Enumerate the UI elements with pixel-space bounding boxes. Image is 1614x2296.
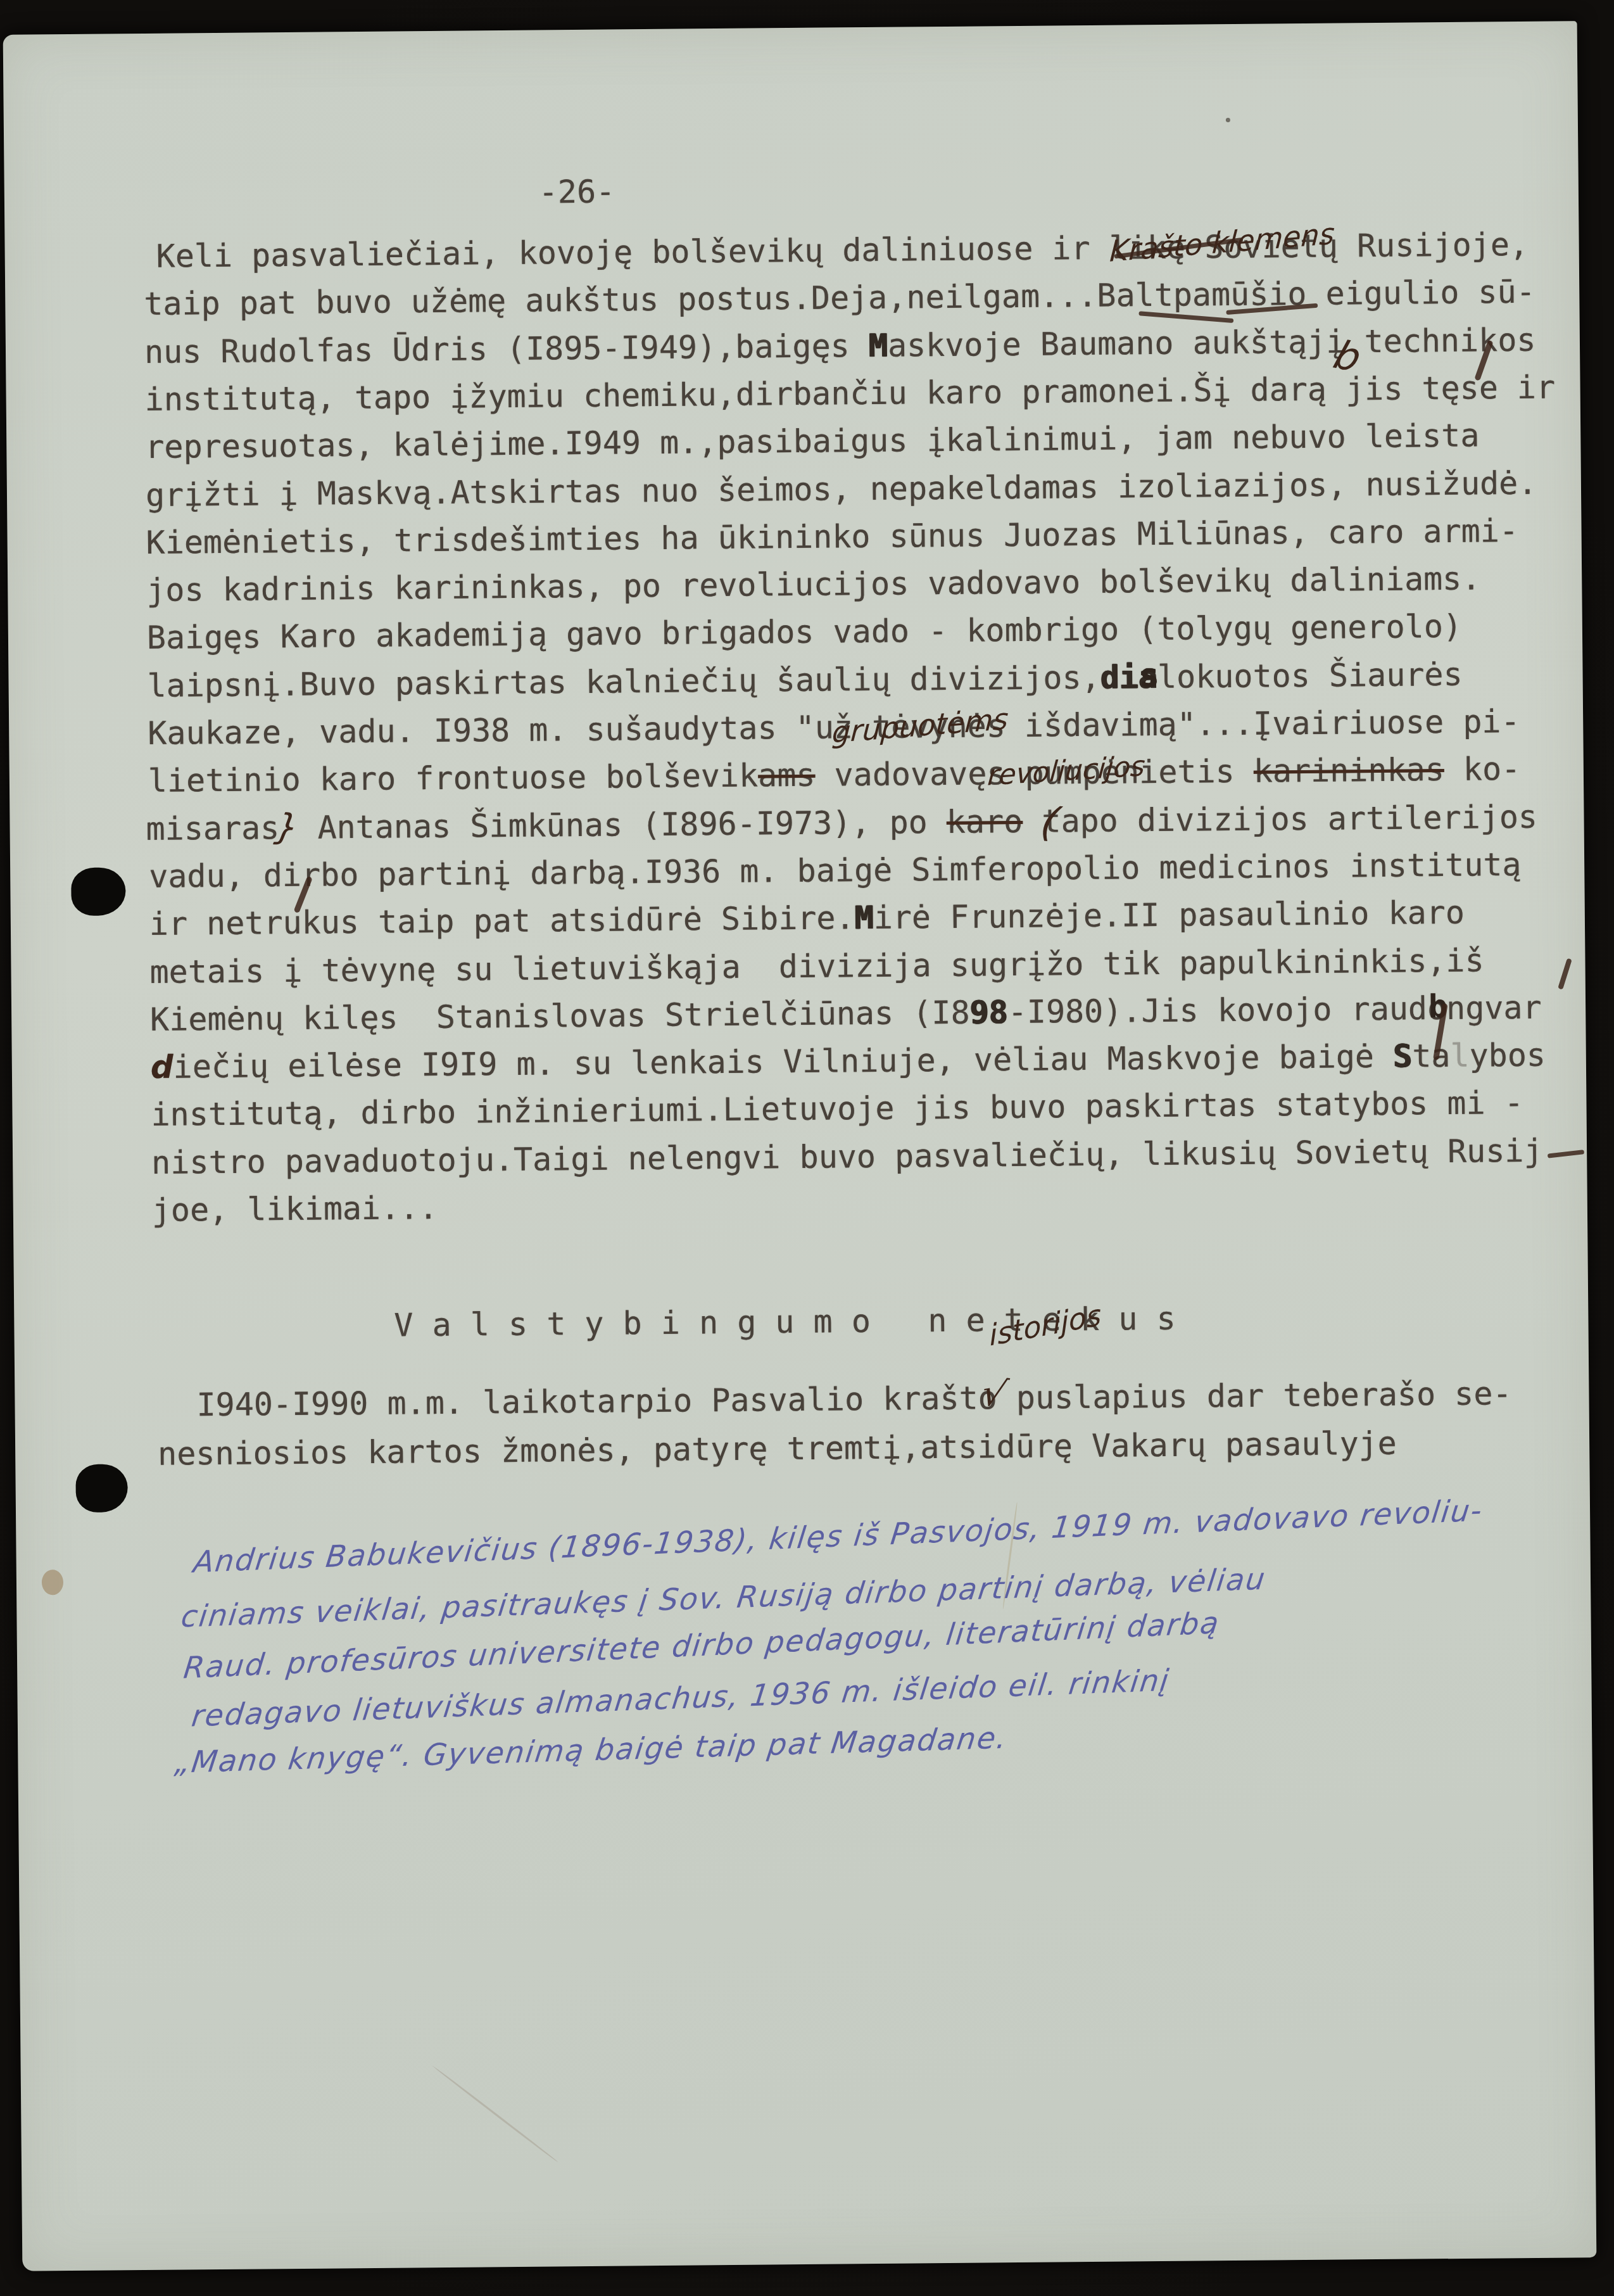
typed-line: jos kadrinis karininkas, po revoliucijos… xyxy=(146,562,1481,608)
typed-segment: metais į tėvynę su lietuviškąja divizija… xyxy=(149,942,1484,991)
typed-segment: nesniosios kartos žmonės, patyrę tremtį,… xyxy=(158,1425,1397,1473)
typed-segment: l xyxy=(1450,1037,1470,1074)
typed-segment: lietinio karo frontuose bolševik xyxy=(148,758,759,799)
typed-segment: 98 xyxy=(969,994,1008,1031)
typed-line: Kiemėnų kilęs Stanislovas Strielčiūnas (… xyxy=(150,991,1542,1037)
typed-segment: I940-I990 m.m. laikotarpio Pasvalio kraš… xyxy=(196,1375,1512,1423)
typed-segment: grįžti į Maskvą.Atskirtas nuo šeimos, ne… xyxy=(146,465,1537,514)
typed-segment: nistro pavaduotoju.Taigi nelengvi buvo p… xyxy=(151,1132,1543,1181)
typed-line: institutą, dirbo inžinieriumi.Lietuvoje … xyxy=(151,1086,1523,1132)
typed-line: grįžti į Maskvą.Atskirtas nuo šeimos, ne… xyxy=(146,466,1537,513)
pen-stroke xyxy=(1558,958,1572,990)
typed-line: ir netrukus taip pat atsidūrė Sibire.Mir… xyxy=(149,896,1465,942)
typed-segment: Baigęs Karo akademiją gavo brigados vado… xyxy=(147,608,1463,656)
typed-line: nus Rudolfas Ūdris (I895-I949),baigęs Ma… xyxy=(144,323,1536,370)
typed-segment: iečių eilėse I9I9 m. su lenkais Vilniuje… xyxy=(173,1038,1393,1086)
typed-segment: jos kadrinis karininkas, po revoliucijos… xyxy=(146,561,1481,609)
typed-line: joe, likimai... xyxy=(152,1191,438,1228)
typed-segment: joe, likimai... xyxy=(152,1189,438,1229)
scanned-document-screenshot: { "document": { "kind": "typewritten arc… xyxy=(0,0,1614,2296)
typed-segment: lokuotos Šiaurės xyxy=(1157,656,1463,695)
paper-stain xyxy=(432,2065,558,2163)
typed-segment: nus Rudolfas Ūdris (I895-I949),baigęs xyxy=(144,327,869,371)
punch-hole xyxy=(71,867,126,916)
typed-segment: irė Frunzėje.II pasaulinio karo xyxy=(874,894,1465,936)
typed-segment: karininkas xyxy=(1254,751,1445,790)
page-number: -26- xyxy=(539,174,615,210)
typed-line: Baigęs Karo akademiją gavo brigados vado… xyxy=(147,609,1462,656)
typed-segment: misaras Antanas Šimkūnas (I896-I973), po xyxy=(146,804,947,847)
typed-segment: taip pat buvo užėmę aukštus postus.Deja,… xyxy=(144,274,1535,322)
handwritten-line: „Mano knygę“. Gyvenimą baigė taip pat Ma… xyxy=(173,1722,1009,1780)
typed-segment: M xyxy=(869,327,888,364)
punch-hole xyxy=(75,1464,128,1513)
document-page: -26- Keli pasvaliečiai, kovoję bolševikų… xyxy=(3,21,1597,2271)
typed-segment: M xyxy=(854,899,874,936)
paper-stain xyxy=(1226,118,1230,122)
typed-line: I940-I990 m.m. laikotarpio Pasvalio kraš… xyxy=(196,1376,1511,1423)
typed-segment: represuotas, kalėjime.I949 m.,pasibaigus… xyxy=(145,417,1480,466)
paper-stain xyxy=(42,1570,63,1595)
typed-segment: askvoje Baumano aukštąjį technikos xyxy=(888,322,1536,364)
typed-line: nesniosios kartos žmonės, patyrę tremtį,… xyxy=(158,1426,1397,1472)
typed-segment: ams xyxy=(758,757,816,794)
typed-segment: ta xyxy=(1412,1037,1451,1075)
typed-line: represuotas, kalėjime.I949 m.,pasibaigus… xyxy=(145,419,1480,465)
typed-line: lietinio karo frontuose bolševikams vado… xyxy=(148,752,1521,799)
typed-line: taip pat buvo užėmę aukštus postus.Deja,… xyxy=(144,275,1535,322)
typed-segment: ko- xyxy=(1444,751,1521,788)
pen-stroke xyxy=(1548,1150,1584,1158)
typed-segment: karo xyxy=(947,803,1023,840)
typed-segment: tapo divizijos artilerijos xyxy=(1023,799,1537,840)
typed-line: Kiemėnietis, trisdešimties ha ūkininko s… xyxy=(146,514,1518,561)
typed-segment: ybos xyxy=(1469,1037,1546,1074)
typed-line: misaras Antanas Šimkūnas (I896-I973), po… xyxy=(146,800,1537,847)
typed-segment: di xyxy=(1100,659,1138,696)
typed-segment: Kiemėnietis, trisdešimties ha ūkininko s… xyxy=(146,512,1518,561)
typed-line: diečių eilėse I9I9 m. su lenkais Vilniuj… xyxy=(151,1038,1546,1085)
typed-line: metais į tėvynę su lietuviškąja divizija… xyxy=(149,944,1484,990)
typed-segment: ir netrukus taip pat atsidūrė Sibire. xyxy=(149,899,855,942)
typed-segment: d xyxy=(151,1049,173,1086)
typed-segment: a xyxy=(1138,660,1158,695)
typed-segment: S xyxy=(1393,1038,1413,1075)
typed-line: laipsnį.Buvo paskirtas kalniečių šaulių … xyxy=(147,657,1463,704)
typed-segment: laipsnį.Buvo paskirtas kalniečių šaulių … xyxy=(147,659,1100,704)
typed-line: nistro pavaduotoju.Taigi nelengvi buvo p… xyxy=(151,1134,1543,1181)
typed-segment: vadu, dirbo partinį darbą.I936 m. baigė … xyxy=(149,846,1522,895)
typed-segment: -I980).Jis kovojo raud xyxy=(1008,990,1428,1031)
typed-line: vadu, dirbo partinį darbą.I936 m. baigė … xyxy=(149,847,1522,894)
typed-segment: institutą, dirbo inžinieriumi.Lietuvoje … xyxy=(151,1084,1523,1133)
typed-segment: ngvar xyxy=(1446,989,1542,1027)
handwritten-line: Andrius Babukevičius (1896-1938), kilęs … xyxy=(192,1494,1485,1579)
typed-segment: Kiemėnų kilęs Stanislovas Strielčiūnas (… xyxy=(150,994,970,1038)
